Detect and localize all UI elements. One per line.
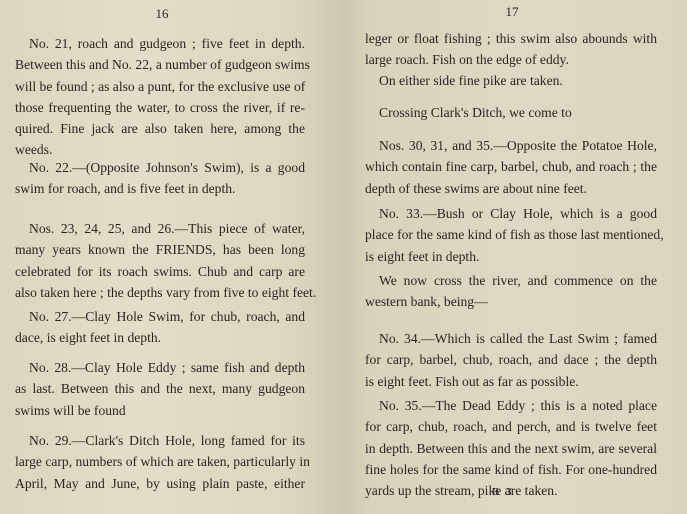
paragraph-no-22: No. 22.—(Opposite Johnson's Swim), is a …	[15, 157, 305, 200]
right-page: 17 leger or float fishing ; this swim al…	[342, 0, 687, 514]
left-page: 16 No. 21, roach and gudgeon ; five feet…	[0, 0, 342, 514]
paragraph-nos-30-35: Nos. 30, 31, and 35.—Opposite the Potato…	[365, 135, 657, 199]
paragraph-no-28: No. 28.—Clay Hole Eddy ; same fish and d…	[15, 357, 305, 421]
paragraph-continuation: leger or float fishing ; this swim also …	[365, 28, 657, 71]
paragraph-nos-23-26: Nos. 23, 24, 25, and 26.—This piece of w…	[15, 218, 305, 303]
paragraph-cross-river: We now cross the river, and commence on …	[365, 270, 657, 313]
paragraph-no-34: No. 34.—Which is called the Last Swim ; …	[365, 328, 657, 392]
paragraph-no-21: No. 21, roach and gudgeon ; five feet in…	[15, 33, 305, 161]
signature-mark: B 3	[492, 486, 514, 498]
page-number-right: 17	[492, 4, 532, 20]
book-spread: 16 No. 21, roach and gudgeon ; five feet…	[0, 0, 687, 514]
paragraph-crossing: Crossing Clark's Ditch, we come to	[365, 102, 657, 123]
paragraph-no-29: No. 29.—Clark's Ditch Hole, long famed f…	[15, 430, 305, 494]
paragraph-no-33: No. 33.—Bush or Clay Hole, which is a go…	[365, 203, 657, 267]
paragraph-no-27: No. 27.—Clay Hole Swim, for chub, roach,…	[15, 306, 305, 349]
paragraph-pike: On either side fine pike are taken.	[365, 70, 657, 91]
page-number-left: 16	[142, 6, 182, 22]
